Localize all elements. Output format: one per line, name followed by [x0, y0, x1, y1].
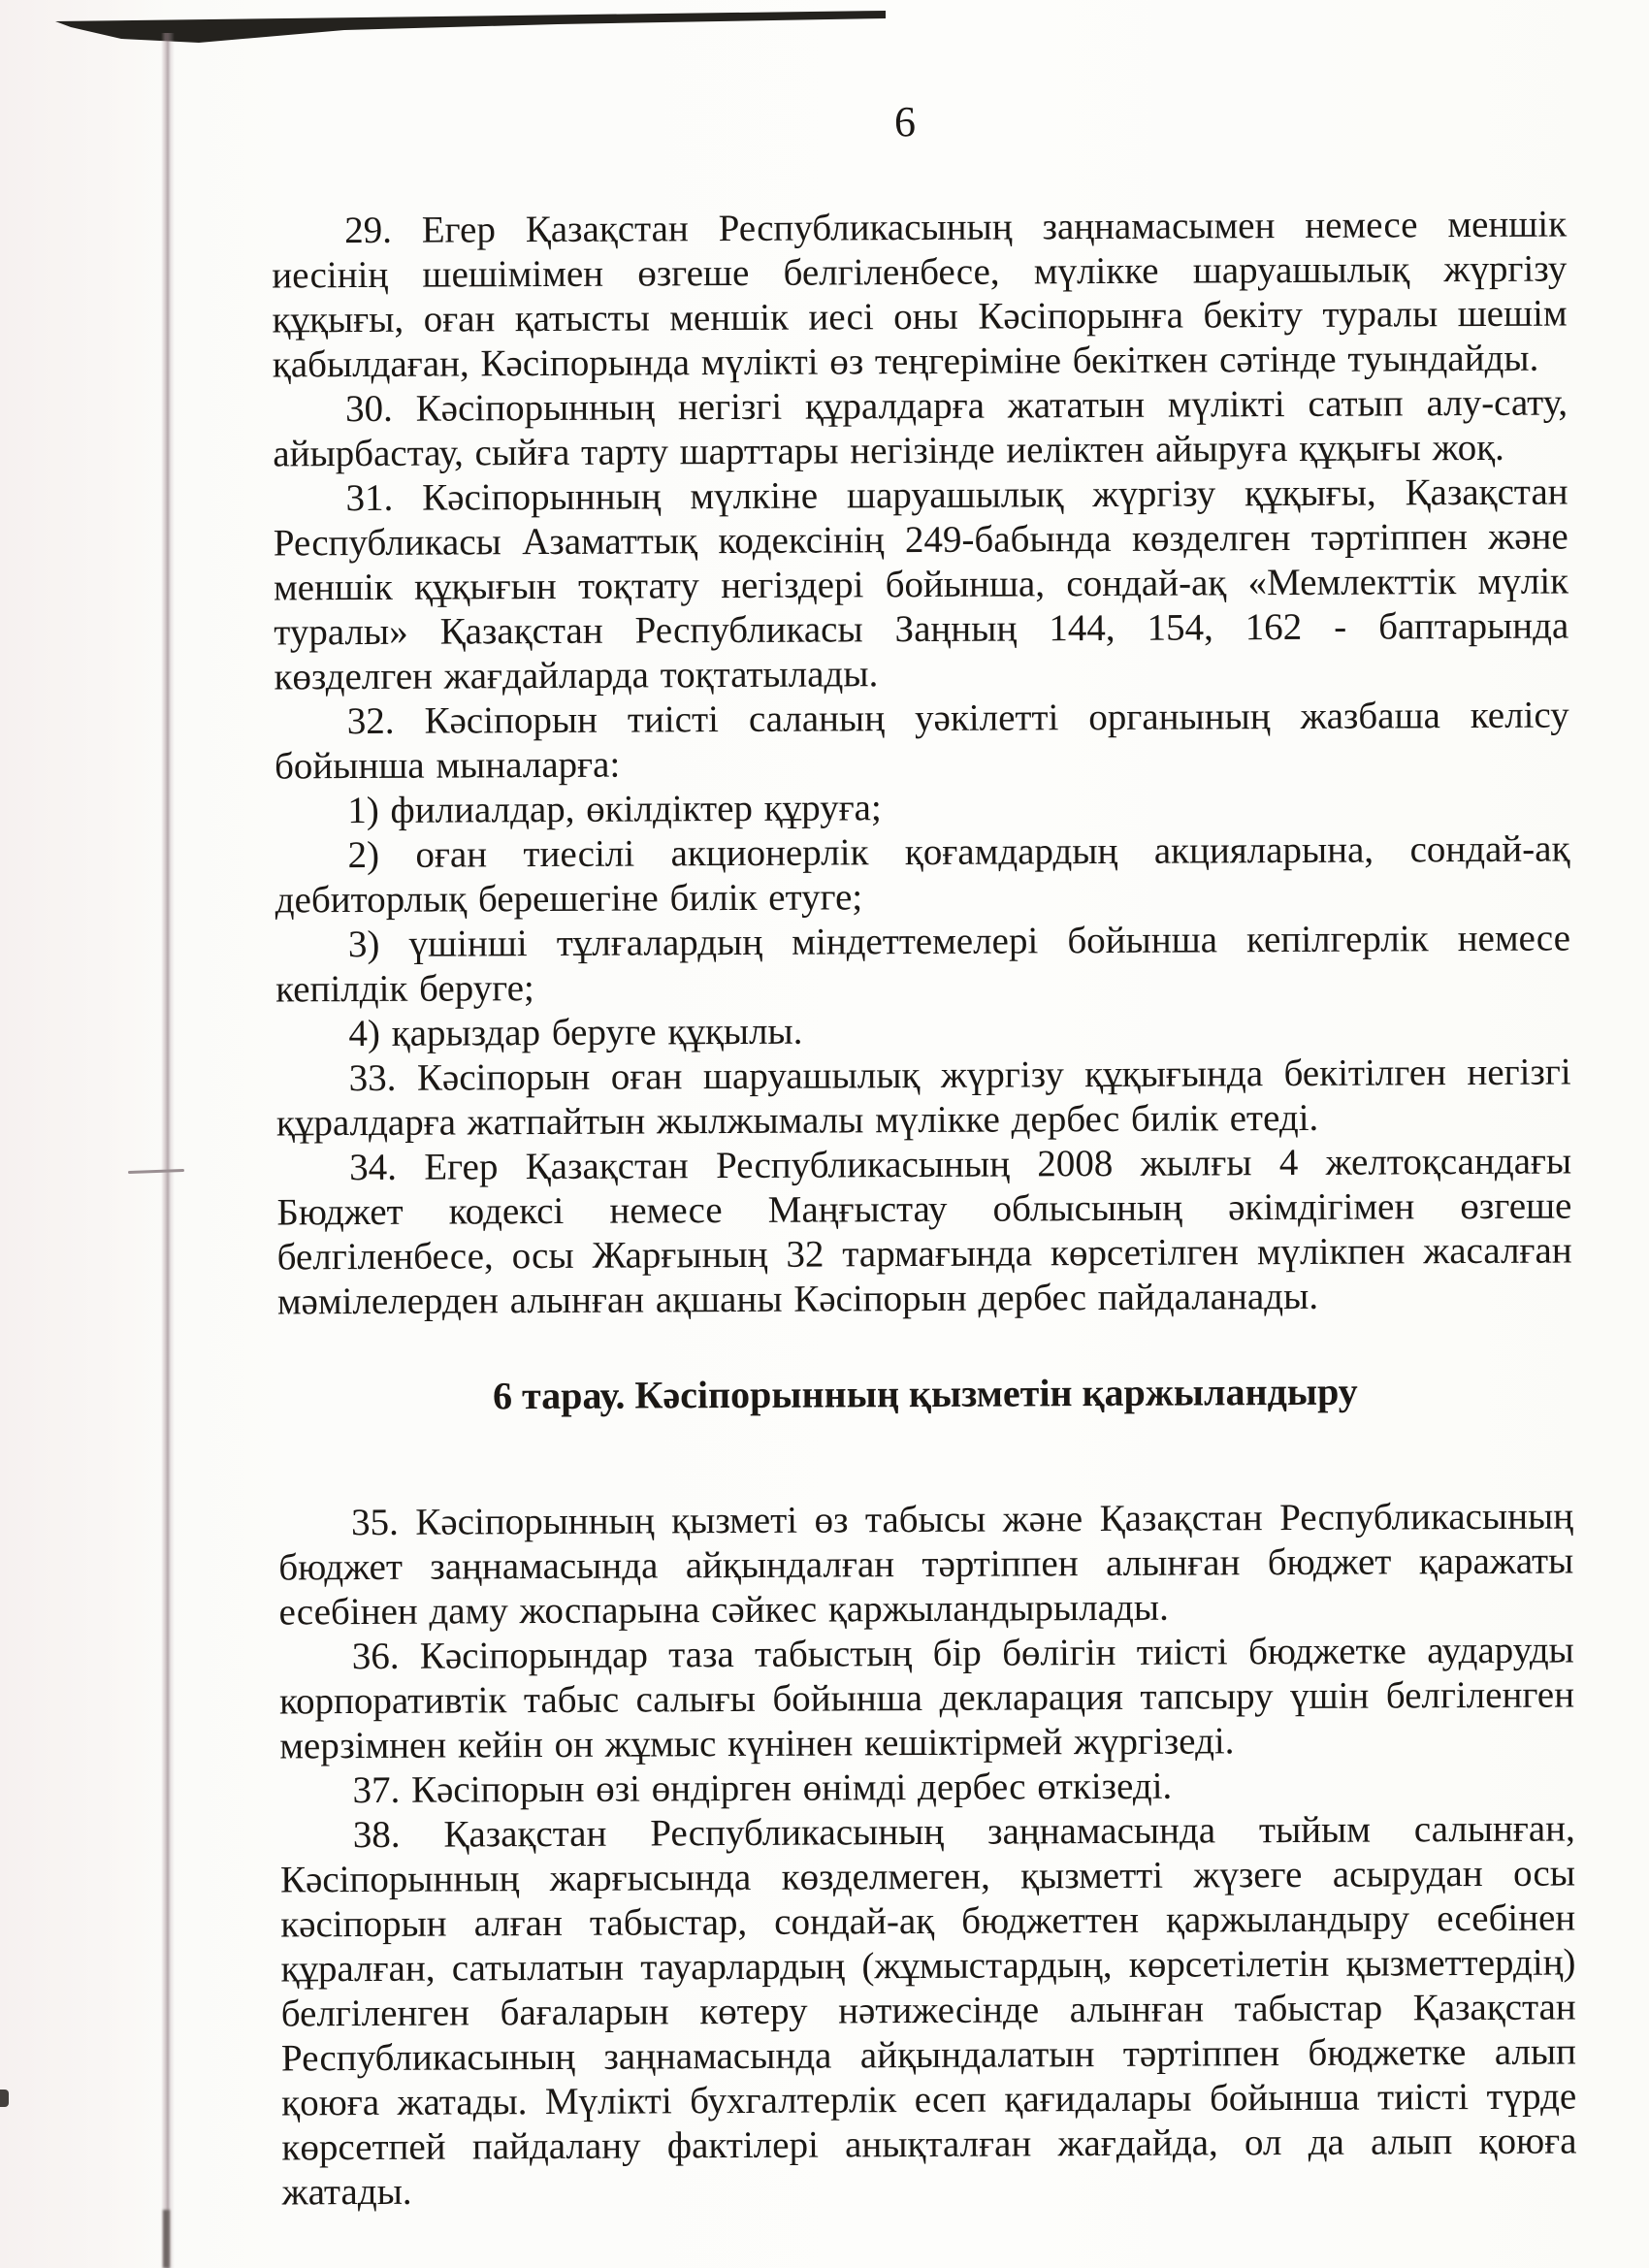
paragraph-37: 37. Кәсіпорын өзі өндірген өнімді дербес… — [279, 1762, 1574, 1813]
paragraph-34: 34. Егер Қазақстан Республикасының 2008 … — [276, 1139, 1572, 1324]
page-number: 6 — [894, 101, 916, 144]
paragraph-32-item-4: 4) қарыздар беруге құқылы. — [275, 1005, 1570, 1056]
page-left-margin-shading — [0, 0, 167, 2268]
paragraph-36: 36. Кәсіпорындар таза табыстың бір бөліг… — [279, 1628, 1575, 1768]
paragraph-32: 32. Кәсіпорын тиісті саланың уәкілетті о… — [275, 693, 1569, 789]
page-fold-line-bottom — [163, 2210, 170, 2268]
paragraph-32-item-3: 3) үшінші тұлғалардың міндеттемелері бой… — [275, 916, 1570, 1012]
scan-top-edge-artifact — [53, 6, 888, 49]
paragraph-32-item-2: 2) оған тиесілі акционерлік қоғамдардың … — [275, 826, 1569, 923]
left-edge-mark — [0, 2090, 9, 2107]
chapter-heading: 6 тарау. Кәсіпорынның қызметін қаржыланд… — [277, 1368, 1572, 1419]
paragraph-38: 38. Қазақстан Республикасының заңнамасын… — [280, 1806, 1577, 2215]
document-body: 29. Егер Қазақстан Республикасының заңна… — [272, 203, 1577, 2216]
paragraph-35: 35. Кәсіпорынның қызметі өз табысы және … — [278, 1494, 1574, 1635]
paragraph-33: 33. Кәсіпорын оған шаруашылық жүргізу құ… — [276, 1050, 1571, 1146]
paragraph-32-item-1: 1) филиалдар, өкілдіктер құруға; — [275, 782, 1569, 833]
page-fold-line — [161, 33, 175, 2268]
paragraph-30: 30. Кәсіпорынның негізгі құралдарға жата… — [273, 381, 1568, 477]
paragraph-29: 29. Егер Қазақстан Республикасының заңна… — [272, 203, 1568, 388]
scanned-document-page: 6 29. Егер Қазақстан Республикасының заң… — [0, 0, 1649, 2268]
paragraph-31: 31. Кәсіпорынның мүлкіне шаруашылық жүрг… — [273, 470, 1568, 700]
